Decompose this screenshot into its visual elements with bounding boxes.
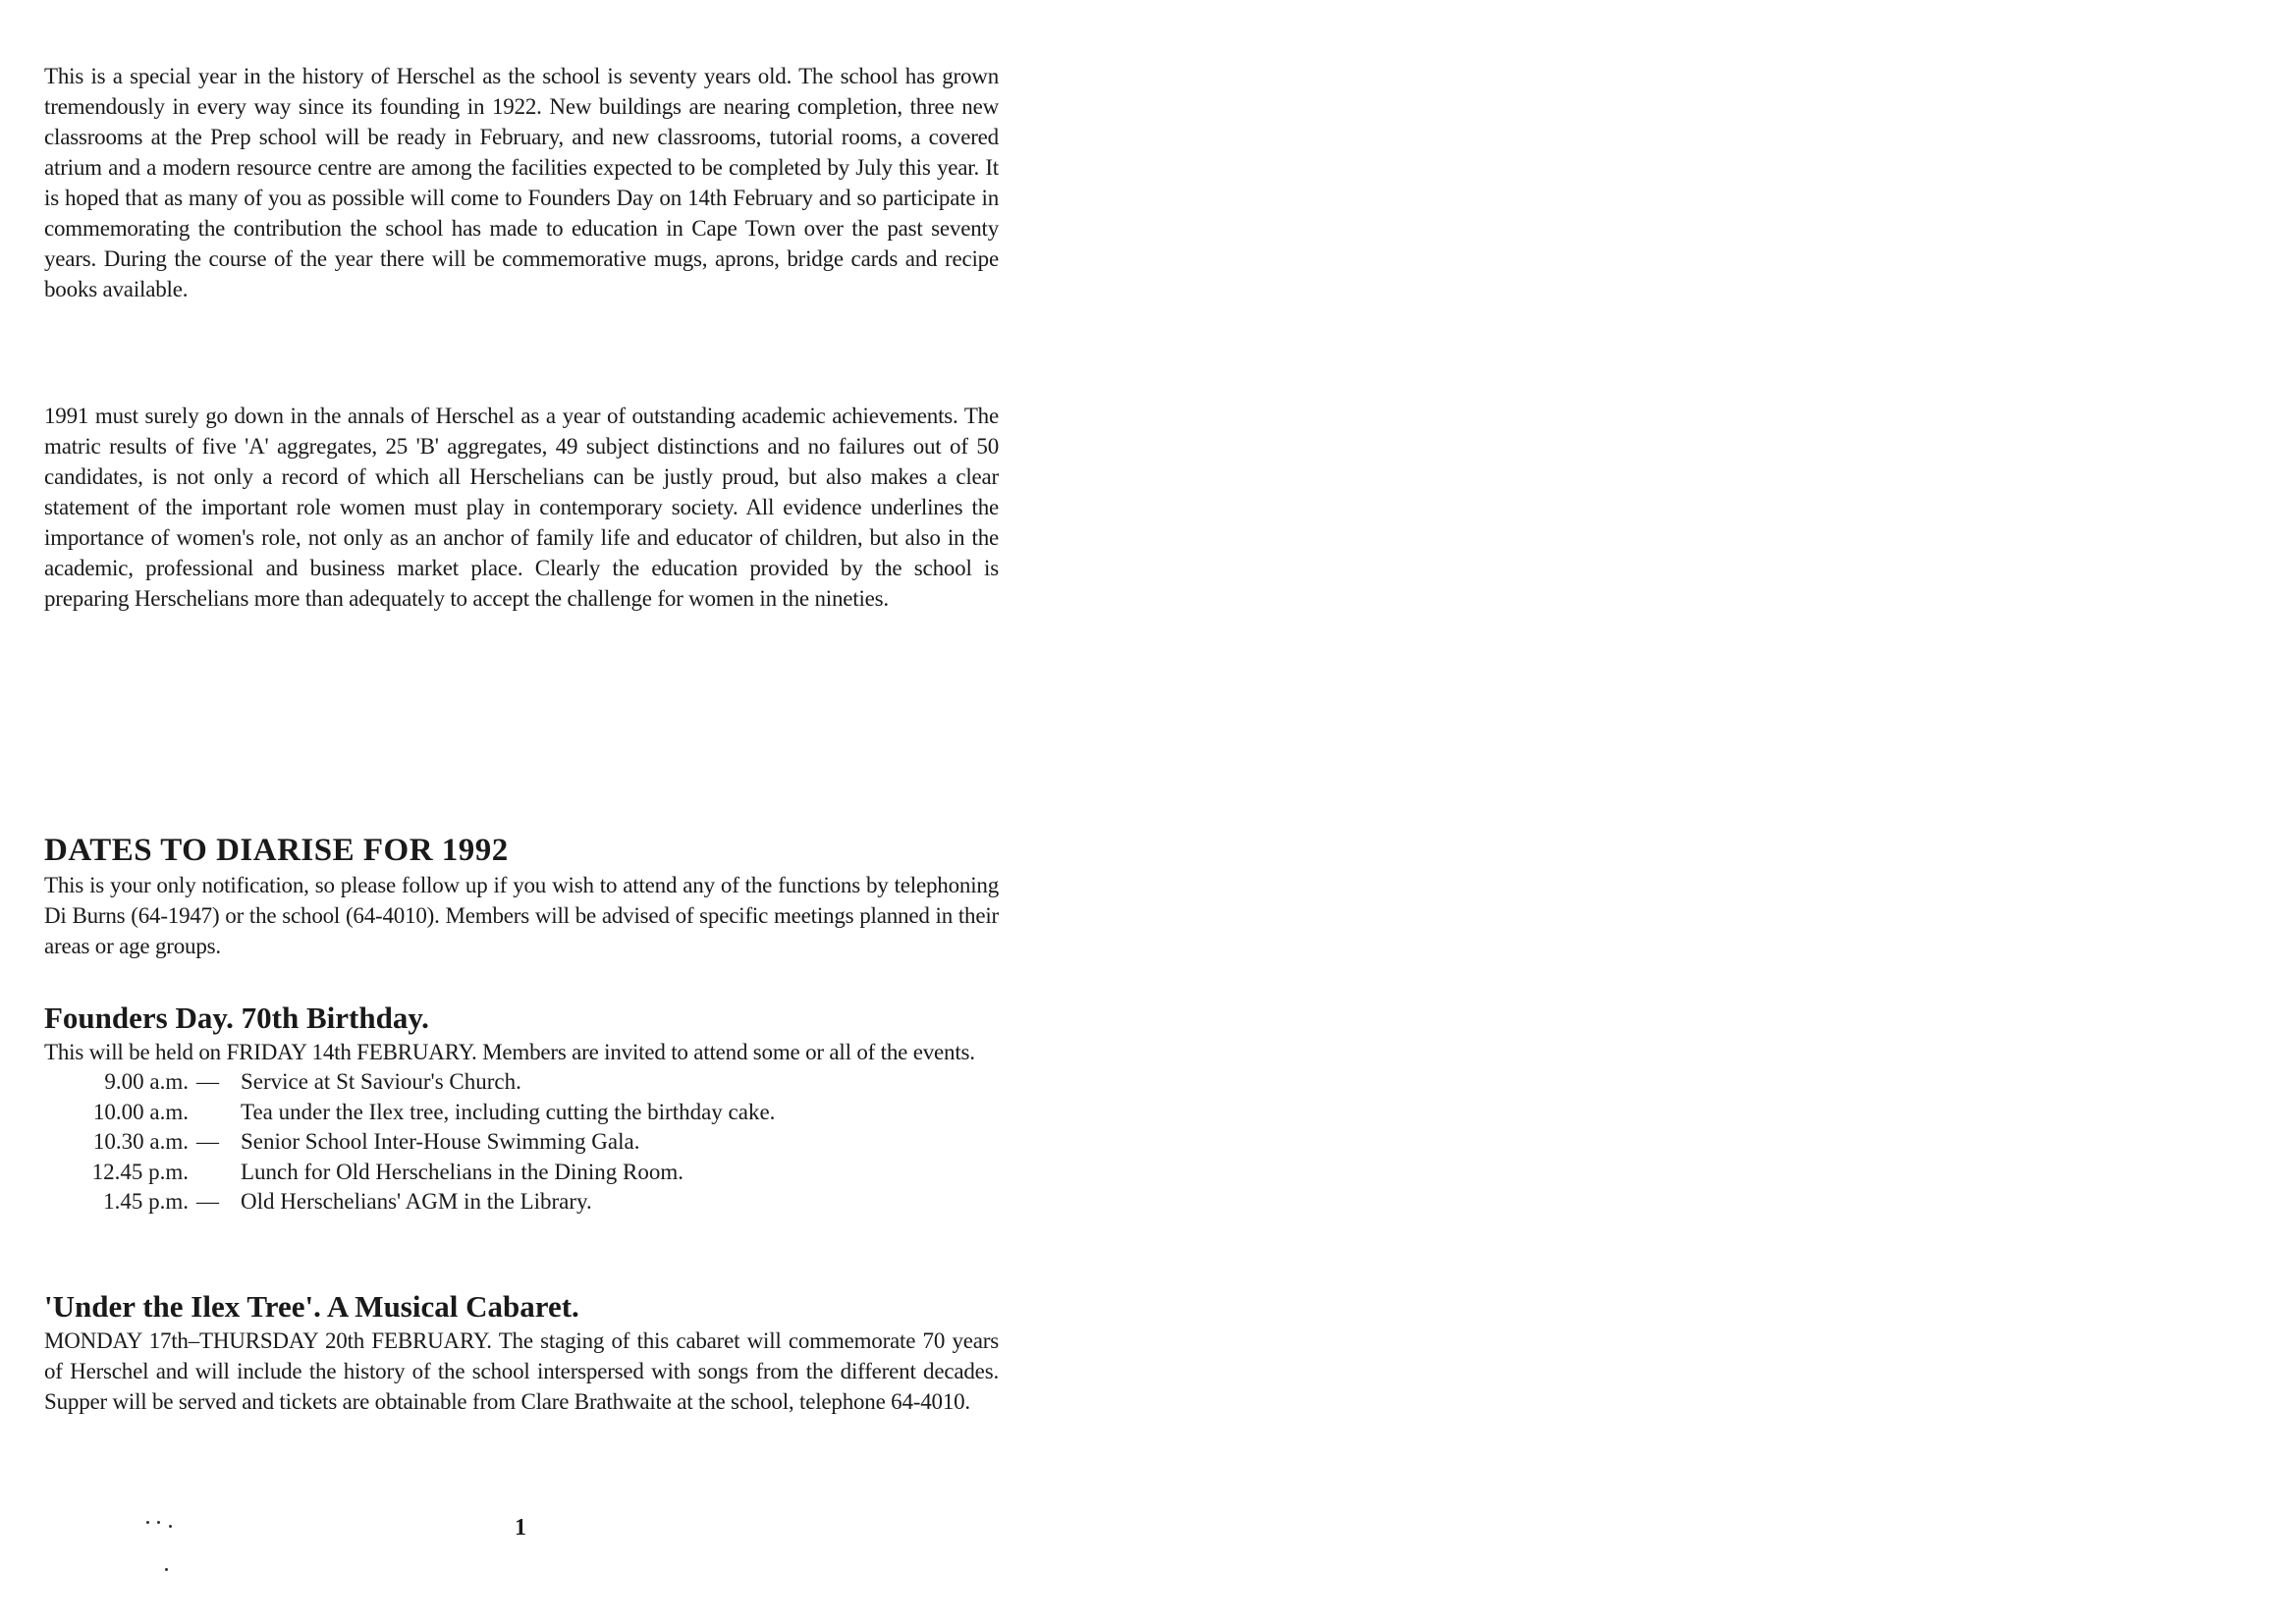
schedule-event: Tea under the Ilex tree, including cutti… [241,1098,775,1128]
schedule-time: 12.45 p.m. [44,1158,196,1188]
intro-paragraph: This is a special year in the history of… [44,61,999,304]
schedule-time: 10.00 a.m. [44,1098,196,1128]
founders-day-intro: This will be held on FRIDAY 14th FEBRUAR… [44,1037,999,1067]
intro-paragraph-1-block: This is a special year in the history of… [44,61,999,304]
schedule-separator: — [196,1187,241,1218]
dates-heading: DATES TO DIARISE FOR 1992 [44,831,999,870]
schedule-separator [196,1158,241,1188]
schedule-separator: — [196,1127,241,1158]
schedule-time: 9.00 a.m. [44,1067,196,1098]
cabaret-heading: 'Under the Ilex Tree'. A Musical Cabaret… [44,1288,999,1326]
schedule-event: Senior School Inter-House Swimming Gala. [241,1127,639,1158]
achievements-paragraph: 1991 must surely go down in the annals o… [44,401,999,614]
schedule-event: Lunch for Old Herschelians in the Dining… [241,1158,683,1188]
intro-paragraph-2-block: 1991 must surely go down in the annals o… [44,401,999,614]
schedule-row: 9.00 a.m. — Service at St Saviour's Chur… [44,1067,999,1098]
schedule-event: Service at St Saviour's Church. [241,1067,521,1098]
schedule-time: 10.30 a.m. [44,1127,196,1158]
cabaret-section: 'Under the Ilex Tree'. A Musical Cabaret… [44,1288,999,1417]
schedule-row: 10.30 a.m. — Senior School Inter-House S… [44,1127,999,1158]
founders-day-section: Founders Day. 70th Birthday. This will b… [44,1000,999,1218]
schedule-event: Old Herschelians' AGM in the Library. [241,1187,592,1218]
scan-speck [146,1521,149,1524]
schedule-row: 10.00 a.m. Tea under the Ilex tree, incl… [44,1098,999,1128]
scan-speck [157,1521,160,1524]
founders-day-schedule: 9.00 a.m. — Service at St Saviour's Chur… [44,1067,999,1218]
founders-day-heading: Founders Day. 70th Birthday. [44,1000,999,1037]
scan-speck [169,1525,172,1528]
scan-speck [165,1568,168,1571]
page-number: 1 [515,1515,526,1542]
dates-section: DATES TO DIARISE FOR 1992 This is your o… [44,831,999,961]
schedule-row: 1.45 p.m. — Old Herschelians' AGM in the… [44,1187,999,1218]
cabaret-body: MONDAY 17th–THURSDAY 20th FEBRUARY. The … [44,1326,999,1417]
schedule-time: 1.45 p.m. [44,1187,196,1218]
dates-intro: This is your only notification, so pleas… [44,870,999,961]
schedule-separator: — [196,1067,241,1098]
schedule-separator [196,1098,241,1128]
schedule-row: 12.45 p.m. Lunch for Old Herschelians in… [44,1158,999,1188]
